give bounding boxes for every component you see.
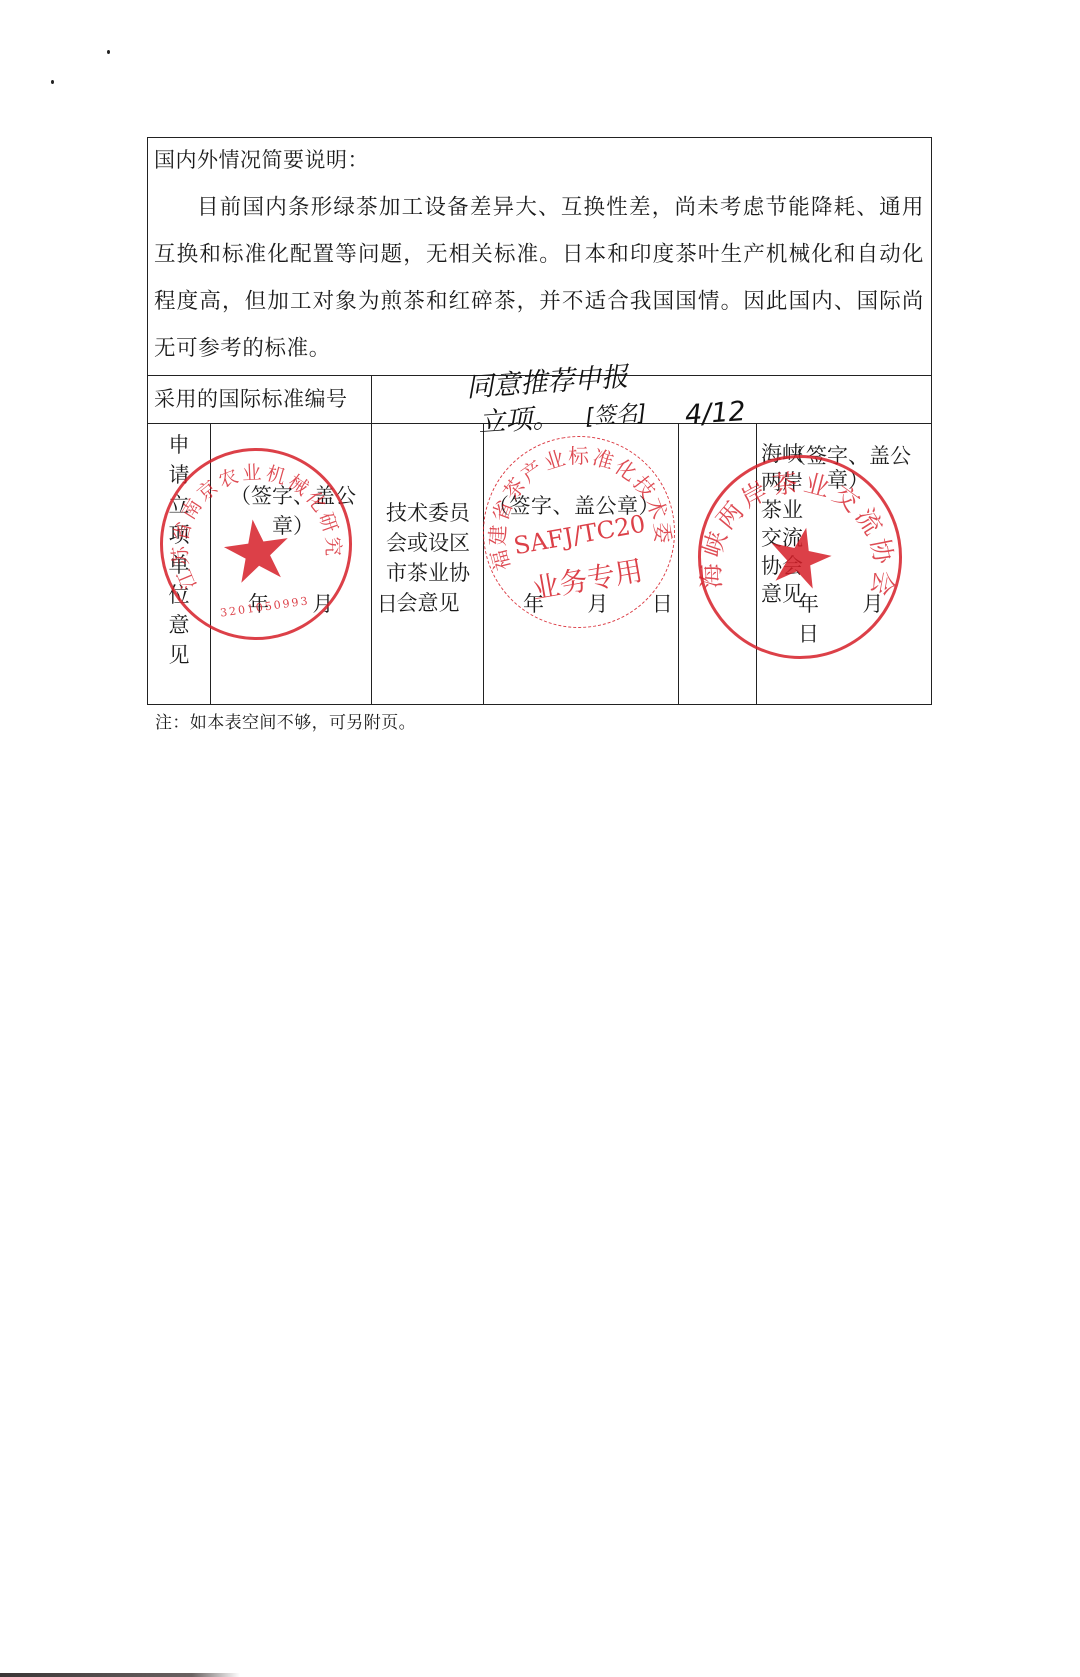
overview-title: 国内外情况简要说明：: [154, 150, 369, 171]
scan-speck: [51, 80, 54, 84]
overview-body: 目前国内条形绿茶加工设备差异大、互换性差，尚未考虑节能降耗、通用互换和标准化配置…: [154, 184, 924, 372]
scan-speck: [107, 50, 110, 54]
scan-edge: [0, 1673, 240, 1677]
col-divider: [371, 423, 372, 704]
tech-committee-seal-stamp: 福建省茶产业标准化技术委员会 SAFJ/TC20 业务专用: [468, 421, 690, 643]
footnote: 注：如本表空间不够，可另附页。: [155, 708, 416, 733]
handwritten-approval-line2: 立项。: [477, 395, 561, 440]
tech-committee-label: 技术委员 会或设区 市茶业协 会意见: [376, 498, 480, 618]
col-divider: [371, 375, 372, 423]
intl-standard-label: 采用的国际标准编号: [154, 389, 348, 410]
applicant-seal-stamp: 江苏省南京农业机械化研究所 ★ 3201050993: [148, 436, 365, 653]
handwritten-signature: [签名]: [584, 396, 647, 431]
handwritten-date: 4/12: [684, 396, 747, 431]
